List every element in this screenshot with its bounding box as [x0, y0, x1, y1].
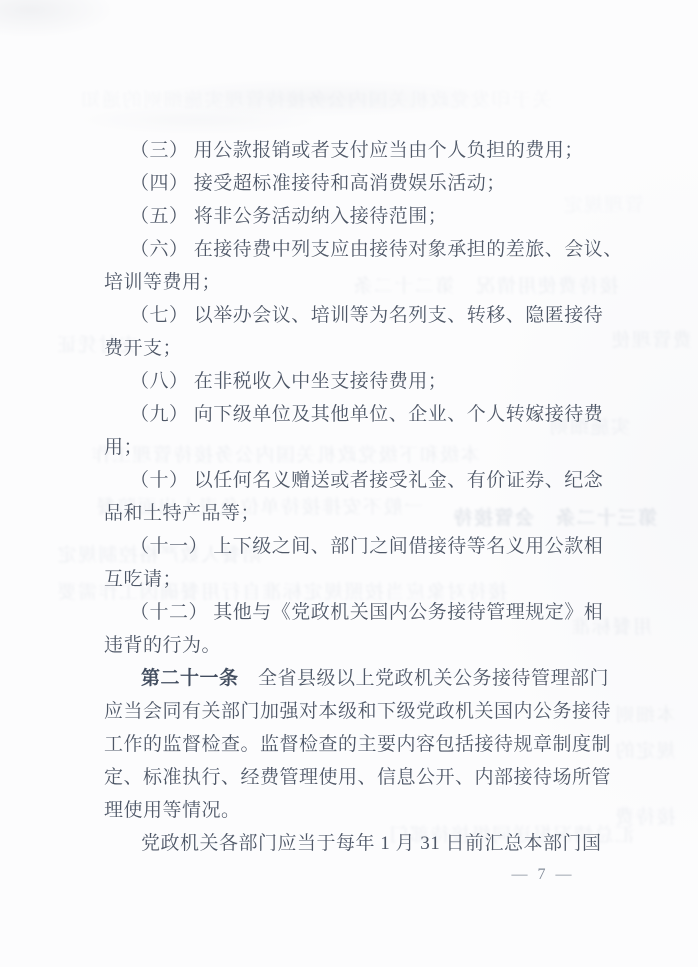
text-line: （十二） 其他与《党政机关国内公务接待管理规定》相 — [104, 596, 616, 629]
bleedthrough-text: 关于印发党政机关国内公务接待管理实施细则的通知 — [80, 85, 552, 112]
page-number: — 7 — — [498, 866, 588, 884]
text-line: （六） 在接待费中列支应由接待对象承担的差旅、会议、 — [104, 233, 616, 266]
text-line: 互吃请； — [104, 563, 616, 596]
bleedthrough-text: 本细则 — [614, 700, 676, 727]
text-line: 应当会同有关部门加强对本级和下级党政机关国内公务接待 — [104, 695, 616, 728]
text-line: 理使用等情况。 — [104, 794, 616, 827]
text-line: 违背的行为。 — [104, 629, 616, 662]
text-line: 培训等费用； — [104, 266, 616, 299]
text-line: （四） 接受超标准接待和高消费娱乐活动； — [104, 167, 616, 200]
text-line: （三） 用公款报销或者支付应当由个人负担的费用； — [104, 134, 616, 167]
text-line: 第二十一条 全省县级以上党政机关公务接待管理部门 — [104, 662, 616, 695]
text-line: （五） 将非公务活动纳入接待范围； — [104, 200, 616, 233]
text-line: 工作的监督检查。监督检查的主要内容包括接待规章制度制 — [104, 728, 616, 761]
text-line: 用； — [104, 431, 616, 464]
bleedthrough-text: 费管理使 — [610, 325, 692, 352]
article-number: 第二十一条 — [141, 668, 239, 689]
bleedthrough-text: 规定的 — [614, 736, 676, 763]
text-line: （九） 向下级单位及其他单位、企业、个人转嫁接待费 — [104, 398, 616, 431]
text-line: 党政机关各部门应当于每年 1 月 31 日前汇总本部门国 — [104, 827, 616, 860]
text-line: （十一） 上下级之间、部门之间借接待等名义用公款相 — [104, 530, 616, 563]
document-page: 关于印发党政机关国内公务接待管理实施细则的通知管理规定接待费使用情况 第二十二条… — [0, 0, 698, 967]
document-body: （三） 用公款报销或者支付应当由个人负担的费用；（四） 接受超标准接待和高消费娱… — [104, 134, 616, 860]
text-line: （八） 在非税收入中坐支接待费用； — [104, 365, 616, 398]
text-line: （十） 以任何名义赠送或者接受礼金、有价证券、纪念 — [104, 464, 616, 497]
bleedthrough-text: 接待费 — [614, 802, 676, 829]
text-line: 费开支； — [104, 332, 616, 365]
text-line: 定、标准执行、经费管理使用、信息公开、内部接待场所管 — [104, 761, 616, 794]
text-line: 品和土特产品等； — [104, 497, 616, 530]
text-line: （七） 以举办会议、培训等为名列支、转移、隐匿接待 — [104, 299, 616, 332]
